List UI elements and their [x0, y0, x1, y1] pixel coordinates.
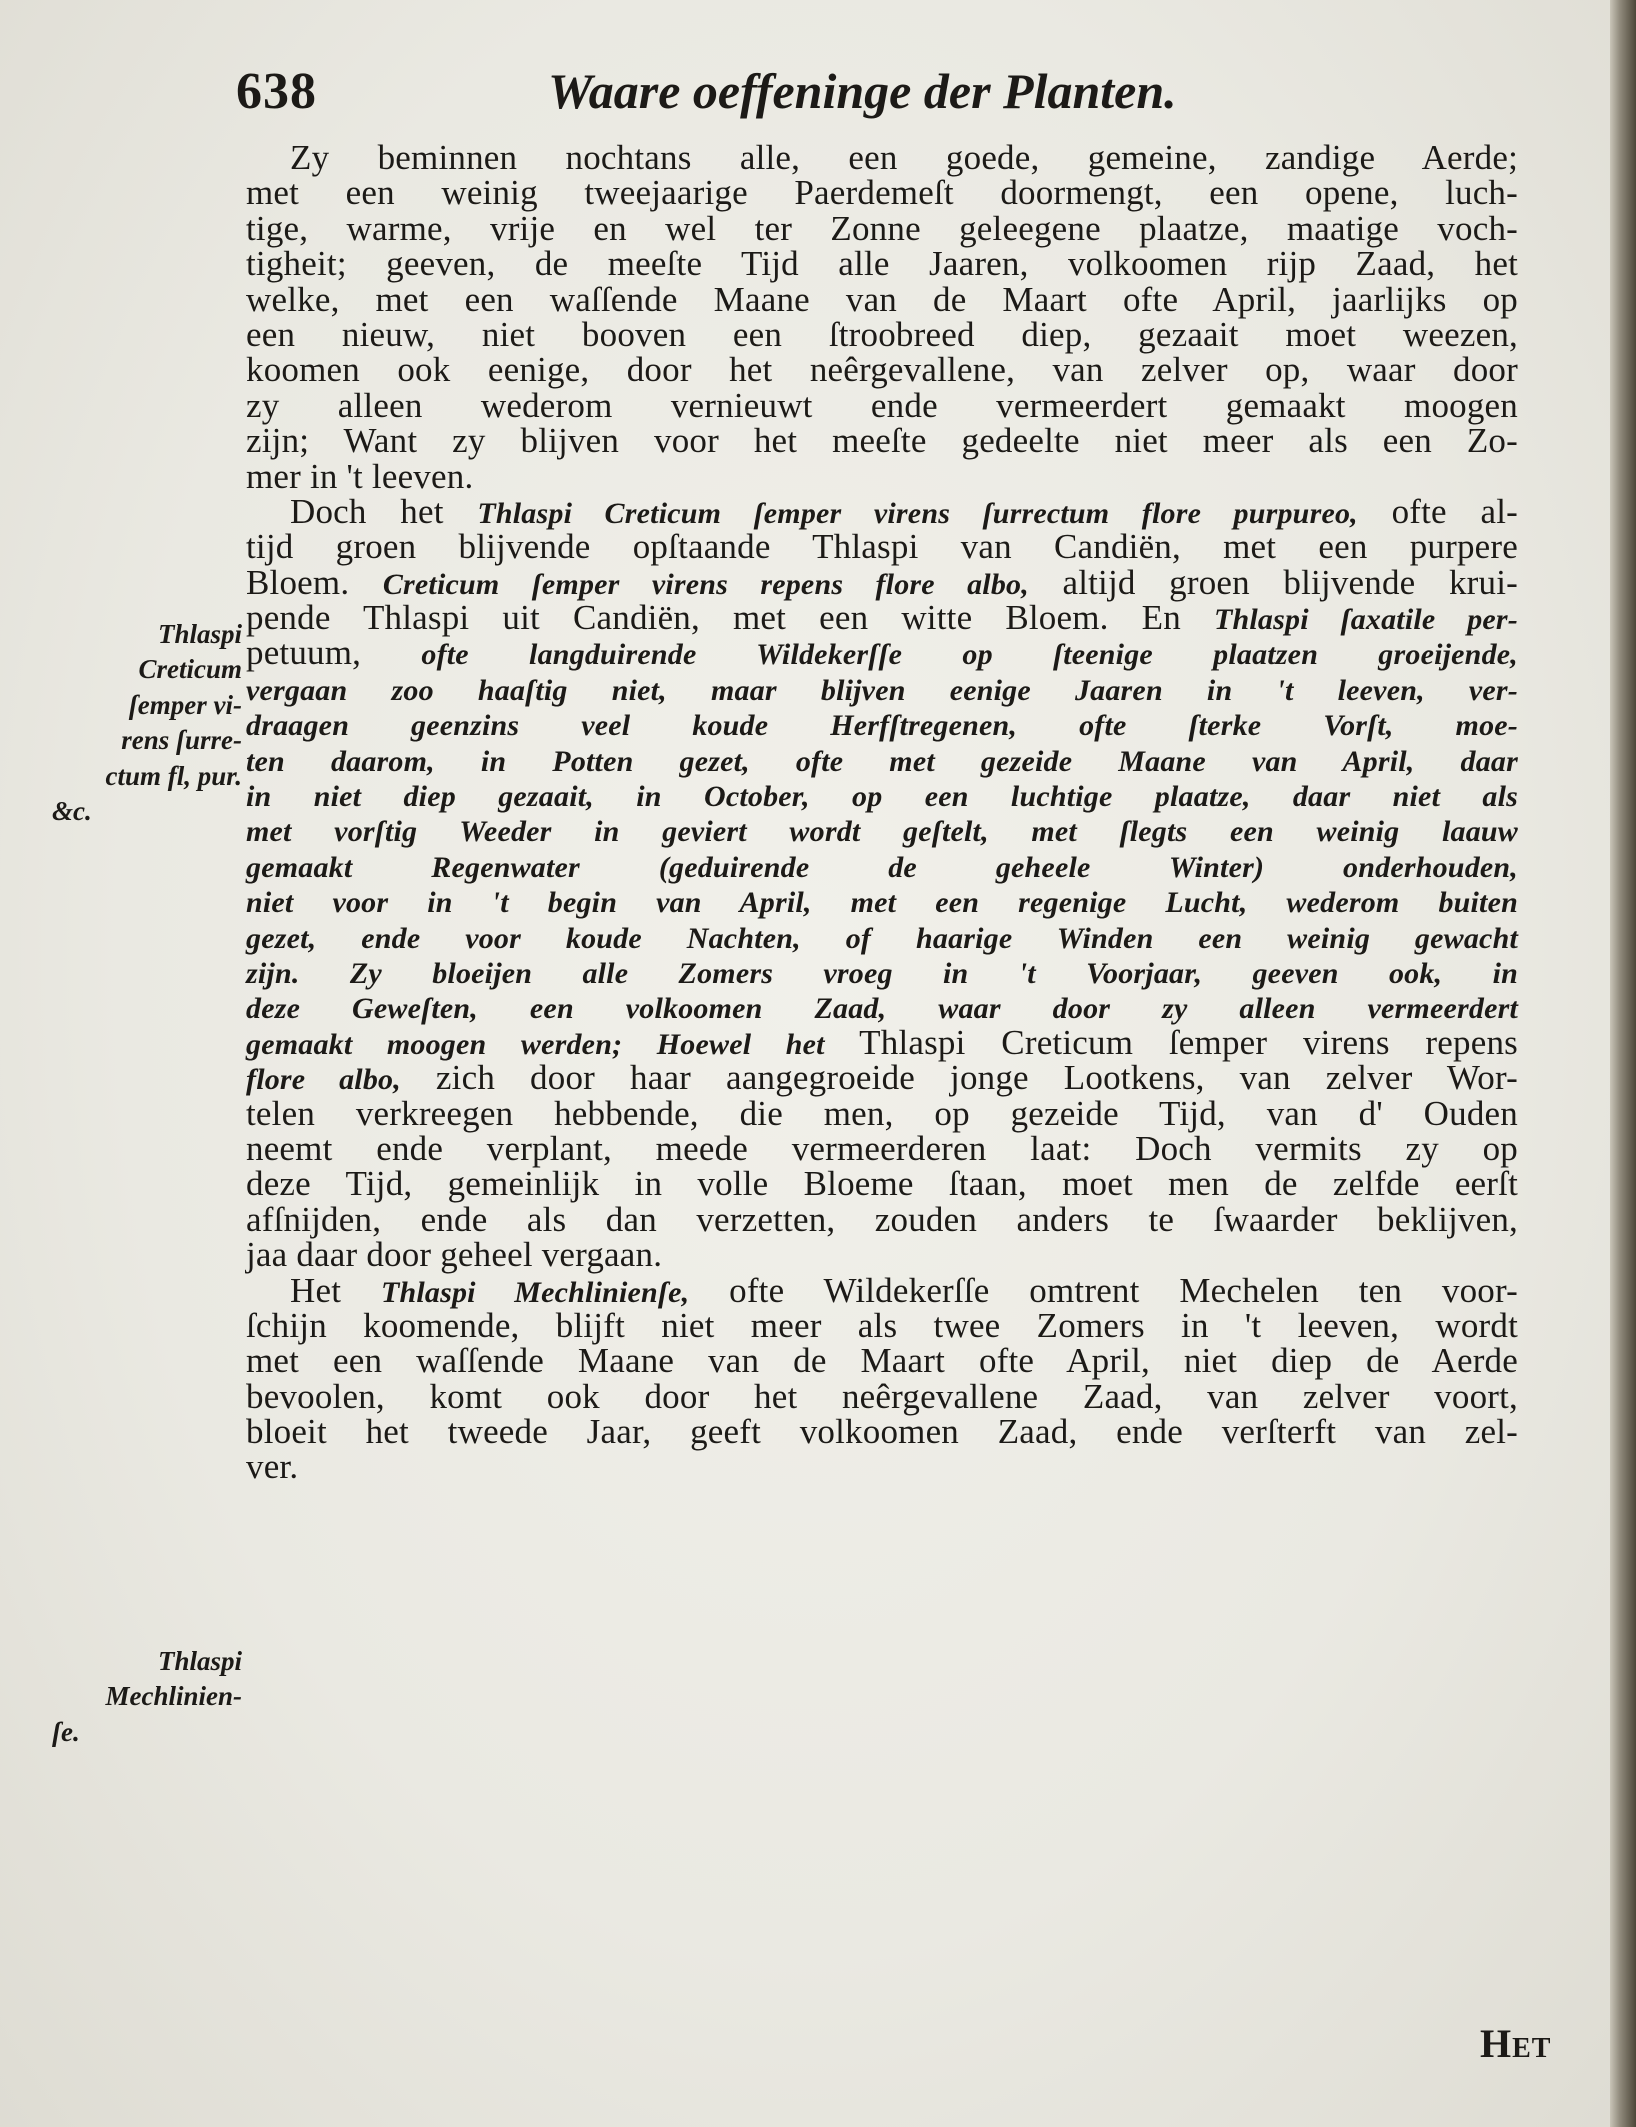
margin-note-line: &c.: [52, 794, 242, 829]
latin-name: Creticum ſemper virens repens flore albo…: [383, 568, 1029, 601]
latin-name: gemaakt Regenwater (geduirende de geheel…: [246, 851, 1518, 884]
text-line: ten daarom, in Potten gezet, ofte met ge…: [246, 742, 1518, 777]
latin-name: zijn. Zy bloeijen alle Zomers vroeg in '…: [246, 957, 1518, 990]
text-line: flore albo, zich door haar aangegroeide …: [246, 1060, 1518, 1095]
text-line: tigheit; geeven, de meeſte Tijd alle Jaa…: [246, 246, 1518, 281]
latin-name: Thlaspi ſaxatile per-: [1214, 603, 1518, 636]
text-line: Het Thlaspi Mechlinienſe, ofte Wildekerſ…: [246, 1273, 1518, 1308]
latin-name: gezet, ende voor koude Nachten, of haari…: [246, 922, 1518, 955]
text-line: ſchijn koomende, blijft niet meer als tw…: [246, 1308, 1518, 1343]
text-line: telen verkreegen hebbende, die men, op g…: [246, 1096, 1518, 1131]
text-line: in niet diep gezaait, in October, op een…: [246, 777, 1518, 812]
catchword: Het: [1480, 2020, 1551, 2067]
text-line: een nieuw, niet booven een ſtroobreed di…: [246, 317, 1518, 352]
latin-name: Thlaspi Creticum ſemper virens ſurrectum…: [477, 497, 1358, 530]
book-page: 638 Waare oeffeninge der Planten. Zy bem…: [0, 0, 1610, 2127]
latin-name: ten daarom, in Potten gezet, ofte met ge…: [246, 745, 1518, 778]
margin-note-line: ſe.: [52, 1715, 242, 1750]
text-line: met vorſtig Weeder in geviert wordt geſt…: [246, 812, 1518, 847]
text-line: gezet, ende voor koude Nachten, of haari…: [246, 919, 1518, 954]
text-line: deze Geweſten, een volkoomen Zaad, waar …: [246, 989, 1518, 1024]
text-line: met een waſſende Maane van de Maart ofte…: [246, 1343, 1518, 1378]
latin-name: ofte langduirende Wildekerſſe op ſteenig…: [361, 638, 1518, 671]
text-line: vergaan zoo haaſtig niet, maar blijven e…: [246, 671, 1518, 706]
text-line: afſnijden, ende als dan verzetten, zoude…: [246, 1202, 1518, 1237]
text-line: deze Tijd, gemeinlijk in volle Bloeme ſt…: [246, 1166, 1518, 1201]
latin-name: in niet diep gezaait, in October, op een…: [246, 780, 1518, 813]
margin-note-line: Creticum: [52, 652, 242, 687]
text-line: niet voor in 't begin van April, met een…: [246, 883, 1518, 918]
text-line: gemaakt Regenwater (geduirende de geheel…: [246, 848, 1518, 883]
text-line: mer in 't leeven.: [246, 459, 1518, 494]
latin-name: flore albo,: [246, 1063, 401, 1096]
page-edge: [1610, 0, 1636, 2127]
latin-name: vergaan zoo haaſtig niet, maar blijven e…: [246, 674, 1518, 707]
text-line: Doch het Thlaspi Creticum ſemper virens …: [246, 494, 1518, 529]
page-header: 638 Waare oeffeninge der Planten.: [236, 62, 1536, 132]
latin-name: deze Geweſten, een volkoomen Zaad, waar …: [246, 992, 1518, 1025]
margin-note: ThlaspiCreticumſemper vi-rens ſurre-ctum…: [52, 617, 242, 829]
margin-note-line: Mechlinien-: [52, 1679, 242, 1714]
margin-note-line: rens ſurre-: [52, 723, 242, 758]
page-number: 638: [236, 62, 317, 121]
text-line: bloeit het tweede Jaar, geeft volkoomen …: [246, 1414, 1518, 1449]
margin-note: ThlaspiMechlinien-ſe.: [52, 1644, 242, 1750]
text-line: tijd groen blijvende opſtaande Thlaspi v…: [246, 529, 1518, 564]
text-line: jaa daar door geheel vergaan.: [246, 1237, 1518, 1272]
text-line: met een weinig tweejaarige Paerdemeſt do…: [246, 175, 1518, 210]
text-line: gemaakt moogen werden; Hoewel het Thlasp…: [246, 1025, 1518, 1060]
margin-note-line: Thlaspi: [52, 1644, 242, 1679]
text-line: bevoolen, komt ook door het neêrgevallen…: [246, 1379, 1518, 1414]
text-line: pende Thlaspi uit Candiën, met een witte…: [246, 600, 1518, 635]
paragraph: Doch het Thlaspi Creticum ſemper virens …: [246, 494, 1518, 1273]
running-title: Waare oeffeninge der Planten.: [548, 62, 1177, 120]
latin-name: niet voor in 't begin van April, met een…: [246, 886, 1518, 919]
latin-name: met vorſtig Weeder in geviert wordt geſt…: [246, 815, 1518, 848]
margin-note-line: Thlaspi: [52, 617, 242, 652]
paragraph: Het Thlaspi Mechlinienſe, ofte Wildekerſ…: [246, 1273, 1518, 1485]
latin-name: gemaakt moogen werden; Hoewel het: [246, 1028, 859, 1061]
text-line: zijn. Zy bloeijen alle Zomers vroeg in '…: [246, 954, 1518, 989]
text-line: neemt ende verplant, meede vermeerderen …: [246, 1131, 1518, 1166]
text-line: Bloem. Creticum ſemper virens repens flo…: [246, 565, 1518, 600]
text-line: draagen geenzins veel koude Herfſtregene…: [246, 706, 1518, 741]
text-line: zijn; Want zy blijven voor het meeſte ge…: [246, 423, 1518, 458]
margin-note-line: ſemper vi-: [52, 688, 242, 723]
paragraph: Zy beminnen nochtans alle, een goede, ge…: [246, 140, 1518, 494]
margin-note-line: ctum fl, pur.: [52, 759, 242, 794]
text-line: Zy beminnen nochtans alle, een goede, ge…: [246, 140, 1518, 175]
text-line: zy alleen wederom vernieuwt ende vermeer…: [246, 388, 1518, 423]
text-line: tige, warme, vrije en wel ter Zonne gele…: [246, 211, 1518, 246]
latin-name: draagen geenzins veel koude Herfſtregene…: [246, 709, 1518, 742]
text-line: welke, met een waſſende Maane van de Maa…: [246, 282, 1518, 317]
text-line: petuum, ofte langduirende Wildekerſſe op…: [246, 635, 1518, 670]
body-text: Zy beminnen nochtans alle, een goede, ge…: [246, 140, 1518, 1485]
text-line: ver.: [246, 1449, 1518, 1484]
text-line: koomen ook eenige, door het neêrgevallen…: [246, 352, 1518, 387]
latin-name: Thlaspi Mechlinienſe,: [381, 1276, 689, 1309]
